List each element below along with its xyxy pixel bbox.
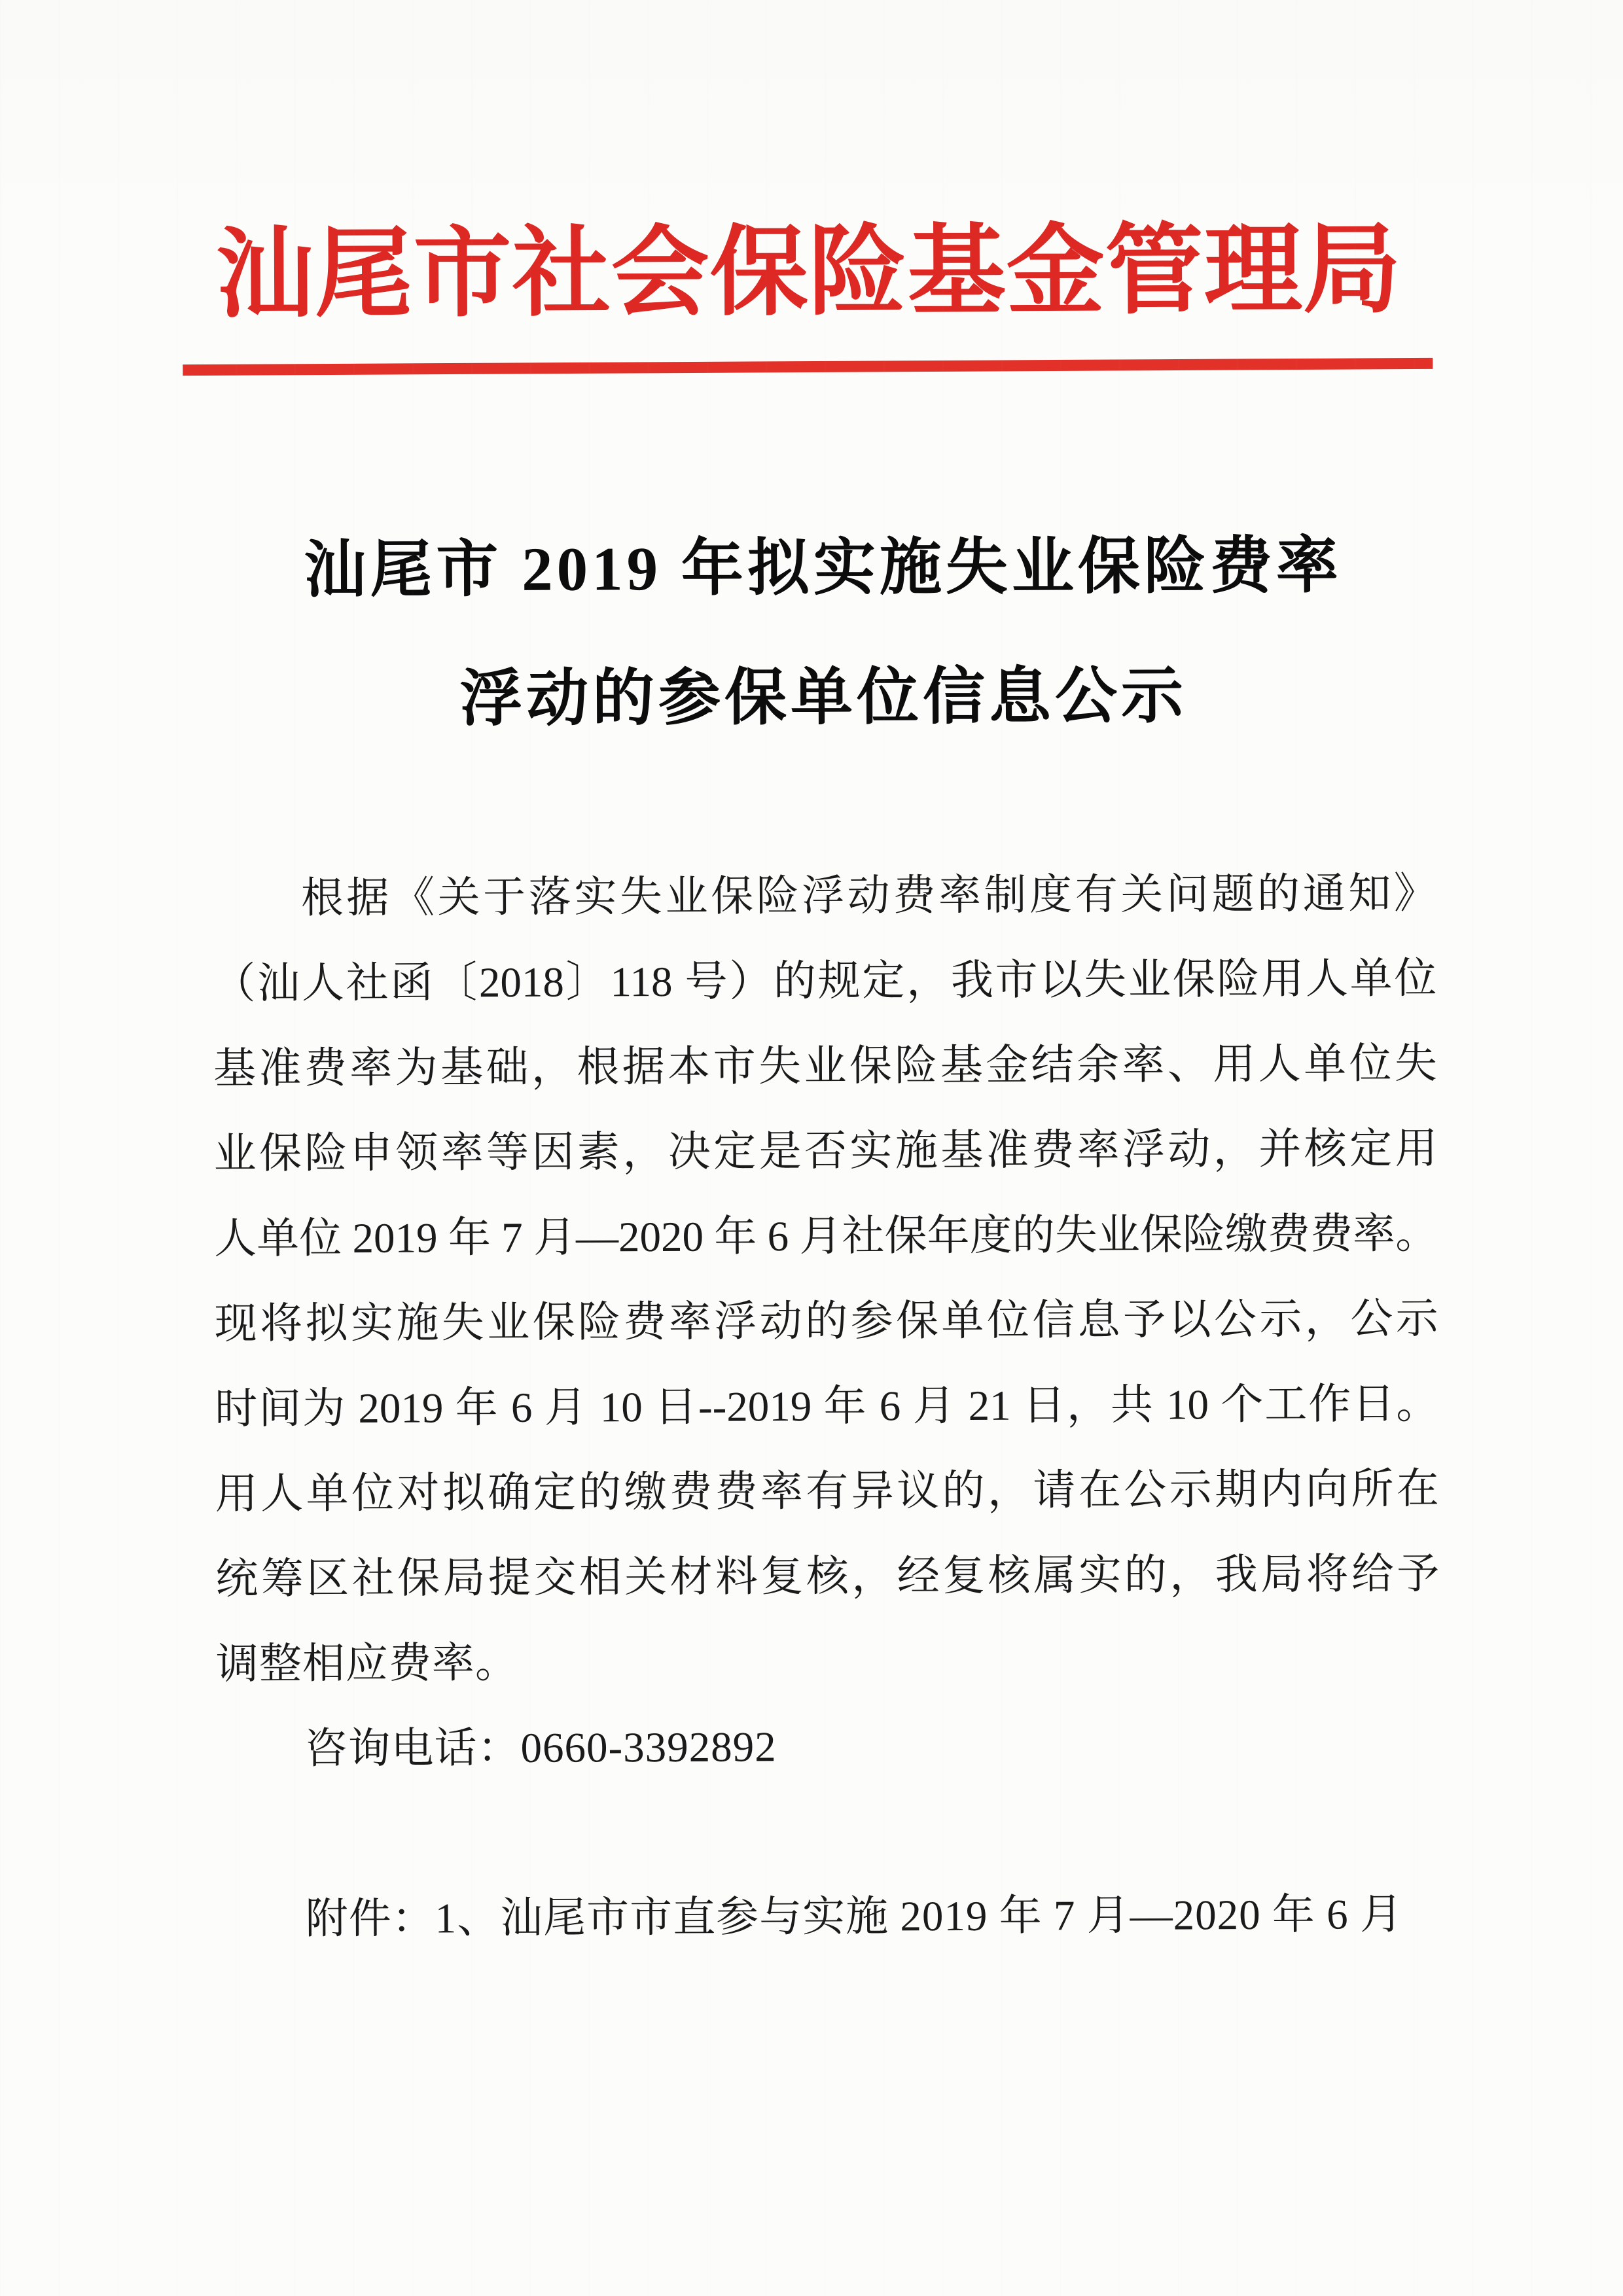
header-rule [183,358,1433,376]
body-line: 附件：1、汕尾市市直参与实施 2019 年 7 月—2020 年 6 月 [217,1872,1441,1962]
body-line: 咨询电话：0660-3392892 [216,1702,1440,1792]
body-line: 调整相应费率。 [216,1617,1440,1707]
body-line: 根据《关于落实失业保险浮动费率制度有关问题的通知》 [213,851,1437,942]
document-page: 汕尾市社会保险基金管理局 汕尾市 2019 年拟实施失业保险费率 浮动的参保单位… [0,0,1623,2296]
body-line: 现将拟实施失业保险费率浮动的参保单位信息予以公示，公示 [214,1277,1438,1367]
document-title-line2: 浮动的参保单位信息公示 [12,629,1623,766]
body-line: 基准费率为基础，根据本市失业保险基金结余率、用人单位失 [213,1021,1438,1112]
body-line: 用人单位对拟确定的缴费费率有异议的，请在公示期内向所在 [215,1447,1440,1537]
scanned-content: 汕尾市社会保险基金管理局 汕尾市 2019 年拟实施失业保险费率 浮动的参保单位… [0,0,1623,2296]
organization-title: 汕尾市社会保险基金管理局 [0,214,1620,332]
document-body: 根据《关于落实失业保险浮动费率制度有关问题的通知》（汕人社函〔2018〕118 … [213,851,1441,1962]
body-line: 人单位 2019 年 7 月—2020 年 6 月社保年度的失业保险缴费费率。 [214,1192,1438,1282]
document-title-line1: 汕尾市 2019 年拟实施失业保险费率 [11,500,1623,637]
body-line: 统筹区社保局提交相关材料复核，经复核属实的，我局将给予 [215,1532,1440,1622]
body-line: 业保险申领率等因素，决定是否实施基准费率浮动，并核定用 [213,1106,1438,1197]
body-line: （汕人社函〔2018〕118 号）的规定，我市以失业保险用人单位 [213,936,1437,1027]
body-line: 时间为 2019 年 6 月 10 日--2019 年 6 月 21 日，共 1… [215,1362,1439,1452]
document-title: 汕尾市 2019 年拟实施失业保险费率 浮动的参保单位信息公示 [11,500,1623,766]
